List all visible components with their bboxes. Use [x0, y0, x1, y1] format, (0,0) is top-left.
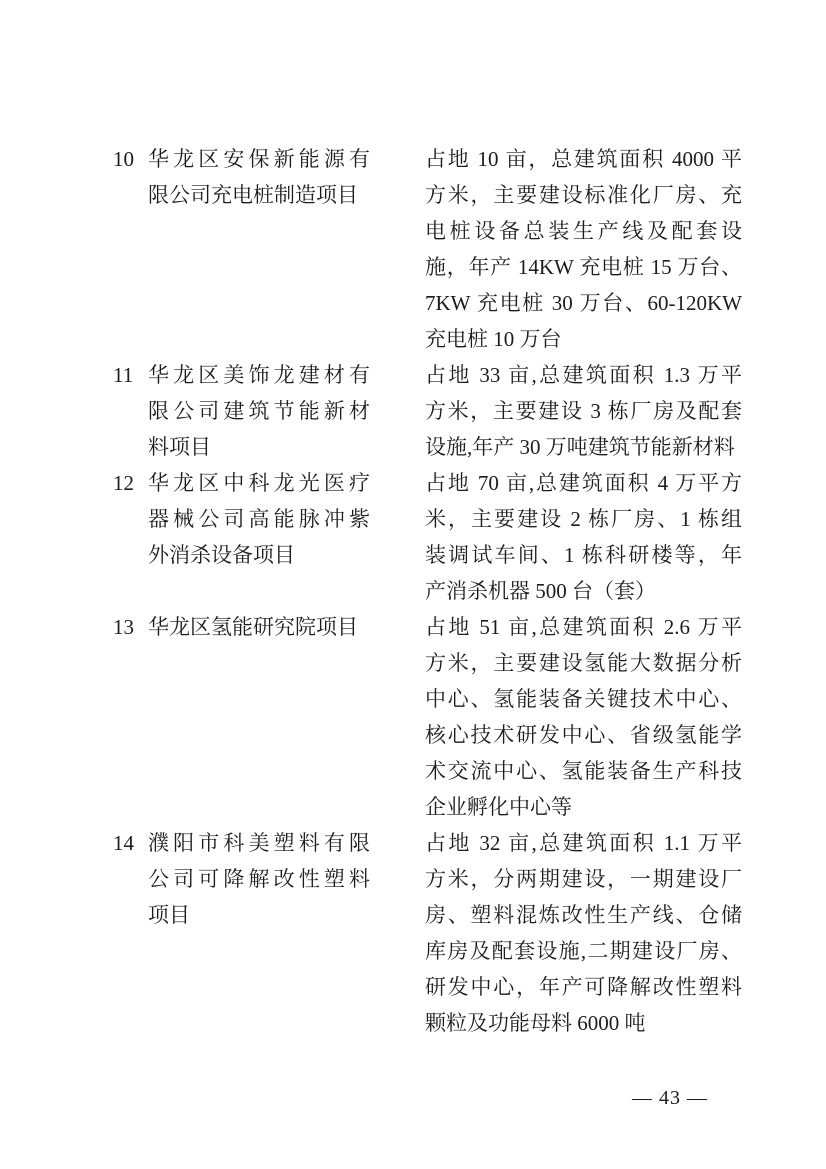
project-number: 14	[113, 825, 148, 861]
project-number: 11	[113, 357, 148, 393]
project-row: 11 华龙区美饰龙建材有限公司建筑节能新材料项目 占地 33 亩,总建筑面积 1…	[113, 357, 743, 465]
text-line: 核心技术研发中心、省级氢能学	[425, 717, 742, 753]
project-name: 华龙区安保新能源有限公司充电桩制造项目	[148, 141, 370, 213]
text-line: 库房及配套设施,二期建设厂房、	[425, 933, 742, 969]
project-row: 10 华龙区安保新能源有限公司充电桩制造项目 占地 10 亩，总建筑面积 400…	[113, 141, 743, 357]
text-line: 外消杀设备项目	[148, 537, 370, 573]
project-description: 占地 33 亩,总建筑面积 1.3 万平方米，主要建设 3 栋厂房及配套设施,年…	[425, 357, 742, 465]
text-line: 施，年产 14KW 充电桩 15 万台、	[425, 249, 742, 285]
text-line: 方米，分两期建设，一期建设厂	[425, 861, 742, 897]
text-line: 电桩设备总装生产线及配套设	[425, 213, 742, 249]
text-line: 限公司充电桩制造项目	[148, 177, 370, 213]
text-line: 研发中心，年产可降解改性塑料	[425, 969, 742, 1005]
project-name: 华龙区氢能研究院项目	[148, 609, 370, 645]
project-name: 华龙区美饰龙建材有限公司建筑节能新材料项目	[148, 357, 370, 465]
text-line: 项目	[148, 897, 370, 933]
text-line: 企业孵化中心等	[425, 789, 742, 825]
project-row: 12 华龙区中科龙光医疗器械公司高能脉冲紫外消杀设备项目 占地 70 亩,总建筑…	[113, 465, 743, 609]
document-page: 10 华龙区安保新能源有限公司充电桩制造项目 占地 10 亩，总建筑面积 400…	[0, 0, 826, 1169]
project-row: 14 濮阳市科美塑料有限公司可降解改性塑料项目 占地 32 亩,总建筑面积 1.…	[113, 825, 743, 1041]
text-line: 方米，主要建设氢能大数据分析	[425, 645, 742, 681]
text-line: 设施,年产 30 万吨建筑节能新材料	[425, 429, 742, 465]
project-name: 濮阳市科美塑料有限公司可降解改性塑料项目	[148, 825, 370, 933]
project-description: 占地 51 亩,总建筑面积 2.6 万平方米，主要建设氢能大数据分析中心、氢能装…	[425, 609, 742, 825]
text-line: 器械公司高能脉冲紫	[148, 501, 370, 537]
text-line: 华龙区美饰龙建材有	[148, 357, 370, 393]
text-line: 方米，主要建设标准化厂房、充	[425, 177, 742, 213]
text-line: 房、塑料混炼改性生产线、仓储	[425, 897, 742, 933]
text-line: 装调试车间、1 栋科研楼等，年	[425, 537, 742, 573]
text-line: 占地 32 亩,总建筑面积 1.1 万平	[425, 825, 742, 861]
text-line: 方米，主要建设 3 栋厂房及配套	[425, 393, 742, 429]
text-line: 产消杀机器 500 台（套）	[425, 573, 742, 609]
text-line: 濮阳市科美塑料有限	[148, 825, 370, 861]
text-line: 中心、氢能装备关键技术中心、	[425, 681, 742, 717]
text-line: 限公司建筑节能新材	[148, 393, 370, 429]
text-line: 华龙区中科龙光医疗	[148, 465, 370, 501]
project-number: 13	[113, 609, 148, 645]
text-line: 公司可降解改性塑料	[148, 861, 370, 897]
text-line: 术交流中心、氢能装备生产科技	[425, 753, 742, 789]
page-number: — 43 —	[632, 1083, 708, 1113]
project-description: 占地 32 亩,总建筑面积 1.1 万平方米，分两期建设，一期建设厂房、塑料混炼…	[425, 825, 742, 1041]
text-line: 占地 51 亩,总建筑面积 2.6 万平	[425, 609, 742, 645]
project-list: 10 华龙区安保新能源有限公司充电桩制造项目 占地 10 亩，总建筑面积 400…	[113, 141, 743, 1041]
text-line: 充电桩 10 万台	[425, 321, 742, 357]
project-number: 12	[113, 465, 148, 501]
text-line: 占地 70 亩,总建筑面积 4 万平方	[425, 465, 742, 501]
text-line: 料项目	[148, 429, 370, 465]
text-line: 颗粒及功能母料 6000 吨	[425, 1005, 742, 1041]
project-row: 13 华龙区氢能研究院项目 占地 51 亩,总建筑面积 2.6 万平方米，主要建…	[113, 609, 743, 825]
text-line: 米，主要建设 2 栋厂房、1 栋组	[425, 501, 742, 537]
text-line: 华龙区氢能研究院项目	[148, 609, 370, 645]
text-line: 华龙区安保新能源有	[148, 141, 370, 177]
project-description: 占地 70 亩,总建筑面积 4 万平方米，主要建设 2 栋厂房、1 栋组装调试车…	[425, 465, 742, 609]
project-description: 占地 10 亩，总建筑面积 4000 平方米，主要建设标准化厂房、充电桩设备总装…	[425, 141, 742, 357]
text-line: 7KW 充电桩 30 万台、60-120KW	[425, 285, 742, 321]
text-line: 占地 33 亩,总建筑面积 1.3 万平	[425, 357, 742, 393]
project-name: 华龙区中科龙光医疗器械公司高能脉冲紫外消杀设备项目	[148, 465, 370, 573]
text-line: 占地 10 亩，总建筑面积 4000 平	[425, 141, 742, 177]
project-number: 10	[113, 141, 148, 177]
